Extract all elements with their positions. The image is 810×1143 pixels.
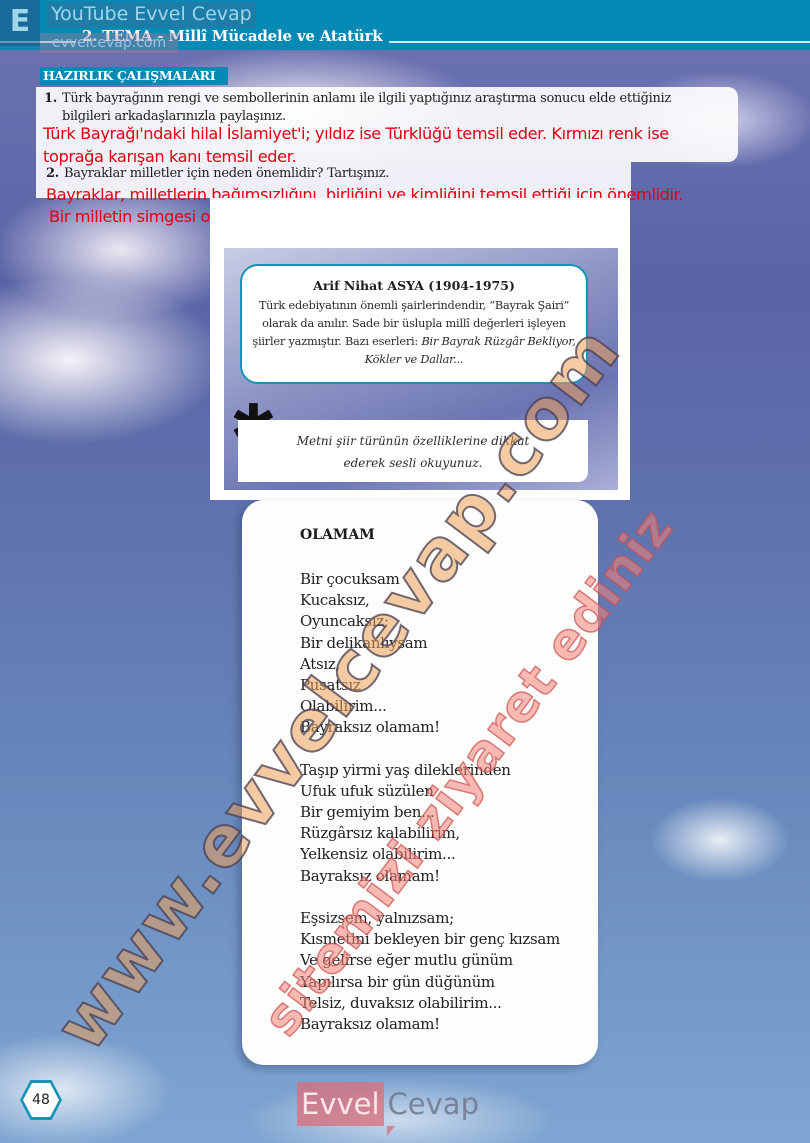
poem-line: Bir çocuksam [300, 569, 560, 590]
poem-line: Taşıp yirmi yaş dileklerinden [300, 760, 560, 781]
poem-line: Telsiz, duvaksız olabilirim... [300, 993, 560, 1014]
poem-line: Oyuncaksız; [300, 611, 560, 632]
poem-line: Pusatsız [300, 675, 560, 696]
author-bio-box: Arif Nihat ASYA (1904-1975) Türk edebiya… [240, 264, 588, 384]
section-label: HAZIRLIK ÇALIŞMALARI [40, 67, 228, 85]
channel-logo-icon: E [0, 0, 40, 46]
poem-line: Ufuk ufuk süzülen [300, 781, 560, 802]
channel-name: YouTube Evvel Cevap [47, 2, 256, 28]
channel-url[interactable]: evvelcevap.com [40, 33, 178, 53]
page-number: 48 [23, 1083, 59, 1117]
question-1-number: 1. [44, 91, 57, 106]
poem-title: OLAMAM [300, 527, 375, 543]
stanza-gap [300, 887, 560, 908]
brand-logo-part1: Evvel [297, 1082, 384, 1126]
poem-body: Bir çocuksamKucaksız,Oyuncaksız;Bir deli… [300, 569, 560, 1035]
brand-logo: EvvelCevap [297, 1082, 479, 1126]
instruction-line2: ederek sesli okuyunuz. [238, 452, 588, 474]
brand-logo-part2: Cevap [388, 1087, 479, 1121]
question-2-text: 2.Bayraklar milletler için neden önemlid… [46, 164, 389, 184]
poem-line: Yelkensiz olabilirim... [300, 844, 560, 865]
poem-line: Atsız, [300, 654, 560, 675]
poem-line: Kucaksız, [300, 590, 560, 611]
poem-line: Bir gemiyim ben... [300, 802, 560, 823]
instruction-line1: Metni şiir türünün özelliklerine dikkat [238, 430, 588, 452]
page-number-badge: 48 [20, 1080, 62, 1120]
poem-line: Ve gelirse eğer mutlu günüm [300, 950, 560, 971]
poem-line: Olabilirim... [300, 696, 560, 717]
poem-line: Bayraksız olamam! [300, 866, 560, 887]
stanza-gap [300, 739, 560, 760]
question-1-line1: Türk bayrağının rengi ve sembollerinin a… [62, 91, 671, 106]
poem-line: Bayraksız olamam! [300, 1014, 560, 1035]
poem-line: Bayraksız olamam! [300, 717, 560, 738]
reading-instruction: Metni şiir türünün özelliklerine dikkat … [238, 420, 588, 482]
question-2-line1: Bayraklar milletler için neden önemlidir… [64, 166, 389, 181]
question-2-number: 2. [46, 166, 59, 181]
poem-line: Eşsizsem, yalnızsam; [300, 908, 560, 929]
question-1-text: 1.Türk bayrağının rengi ve sembollerinin… [44, 89, 671, 109]
poem-line: Rüzgârsız kalabilirim, [300, 823, 560, 844]
poem-line: Kısmetini bekleyen bir genç kızsam [300, 929, 560, 950]
author-bio-title: Arif Nihat ASYA (1904-1975) [242, 278, 586, 293]
answer-1-line1: Türk Bayrağı'ndaki hilal İslamiyet'i; yı… [43, 123, 669, 145]
author-bio-text: Türk edebiyatının önemli şairlerindendir… [242, 297, 586, 369]
poem-line: Yapılırsa bir gün düğünüm [300, 972, 560, 993]
poem-line: Bir delikanlıysam [300, 633, 560, 654]
